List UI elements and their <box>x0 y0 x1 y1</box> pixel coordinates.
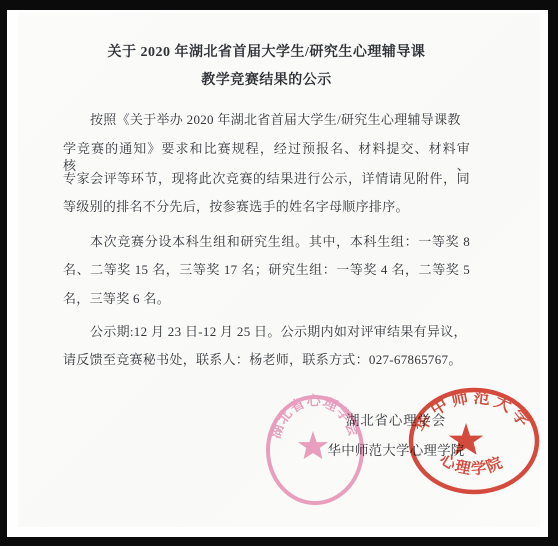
stamp-hubei-psychology-society: 湖北省心理学会 <box>267 392 363 503</box>
stamp-ccnu-school-of-psychology: 华中师范大学 心理学院 <box>410 387 537 492</box>
stamp-arc-text-top-path: 华中师范大学 <box>410 387 535 435</box>
scan-margin: 关于 2020 年湖北省首届大学生/研究生心理辅导课 教学竞赛结果的公示 按照《… <box>7 10 548 537</box>
stamp-arc-text-path: 湖北省心理学会 <box>267 392 363 440</box>
stamp-arc-text-top: 华中师范大学 <box>410 387 535 435</box>
scan-border: 关于 2020 年湖北省首届大学生/研究生心理辅导课 教学竞赛结果的公示 按照《… <box>0 0 558 546</box>
stamp-bottom-text: 心理学院 <box>437 450 506 478</box>
star-icon <box>298 431 328 459</box>
stamp-bottom-text-path: 心理学院 <box>437 450 506 478</box>
star-icon <box>449 423 484 455</box>
stamp-arc-text: 湖北省心理学会 <box>267 392 363 440</box>
official-stamps: 湖北省心理学会 华中师范大学 心理学院 <box>7 10 548 537</box>
